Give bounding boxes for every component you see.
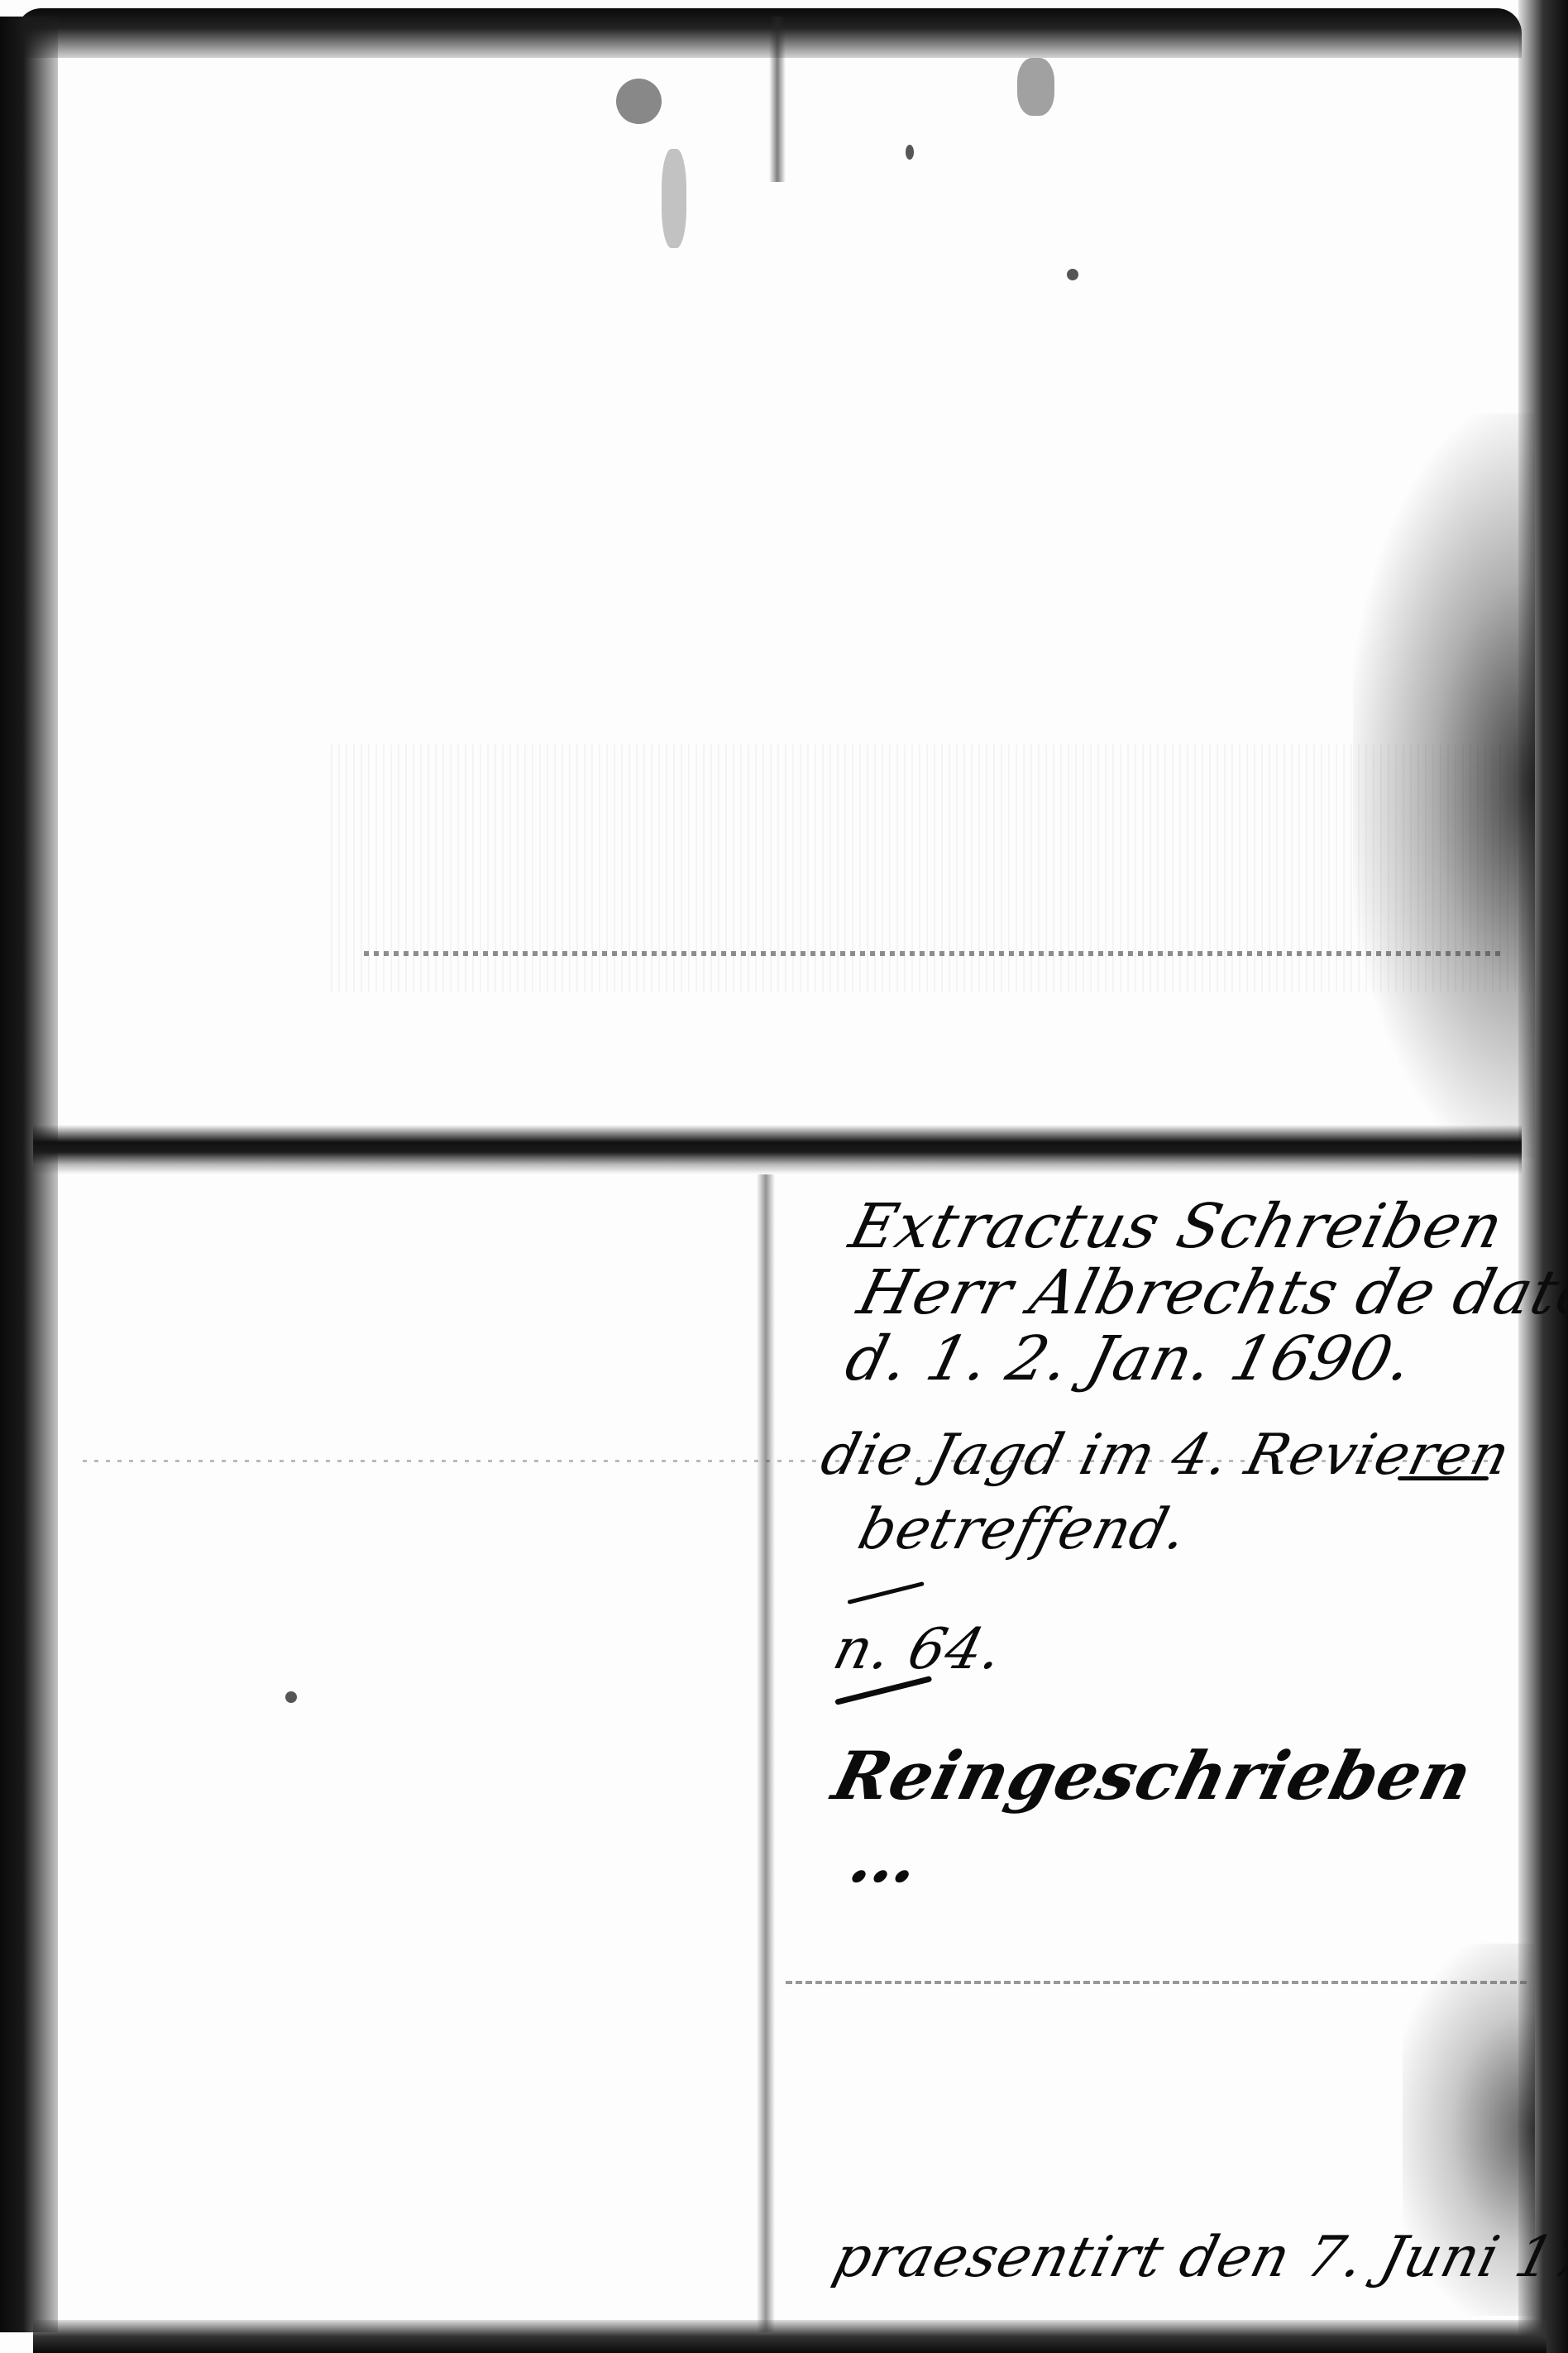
horizontal-fold — [33, 1125, 1522, 1174]
note-line-1: Extractus Schreiben — [843, 1191, 1510, 1262]
ink-dot — [906, 145, 914, 160]
faint-fold-line-upper — [364, 951, 1505, 956]
note-line-5: betreffend. — [852, 1497, 1194, 1562]
ink-stain — [1017, 58, 1054, 116]
underline-stroke — [1398, 1476, 1489, 1480]
signature-line-1: Reingeschrieben — [825, 1737, 1480, 1815]
document-page: Extractus Schreiben Herr Albrechts de da… — [0, 0, 1568, 2353]
document-number: n. 64. — [827, 1617, 1010, 1682]
number-overline — [847, 1581, 924, 1605]
vertical-fold — [757, 1174, 775, 2332]
faint-fold-line-bottom — [786, 1981, 1530, 1984]
note-line-2: Herr Albrechts de dato — [851, 1257, 1568, 1328]
paper-edge-left — [0, 17, 58, 2332]
footer-note: praesentirt den 7. Juni 1740. — [827, 2225, 1568, 2290]
vertical-fold-top — [769, 17, 786, 182]
paper-edge-bottom — [33, 2320, 1546, 2353]
ink-bleed — [662, 149, 686, 248]
ink-dot — [1067, 269, 1078, 280]
note-line-3: d. 1. 2. Jan. 1690. — [839, 1323, 1420, 1394]
ink-dot — [285, 1691, 297, 1703]
signature-line-2: … — [842, 1820, 928, 1897]
ink-stain — [616, 79, 662, 124]
